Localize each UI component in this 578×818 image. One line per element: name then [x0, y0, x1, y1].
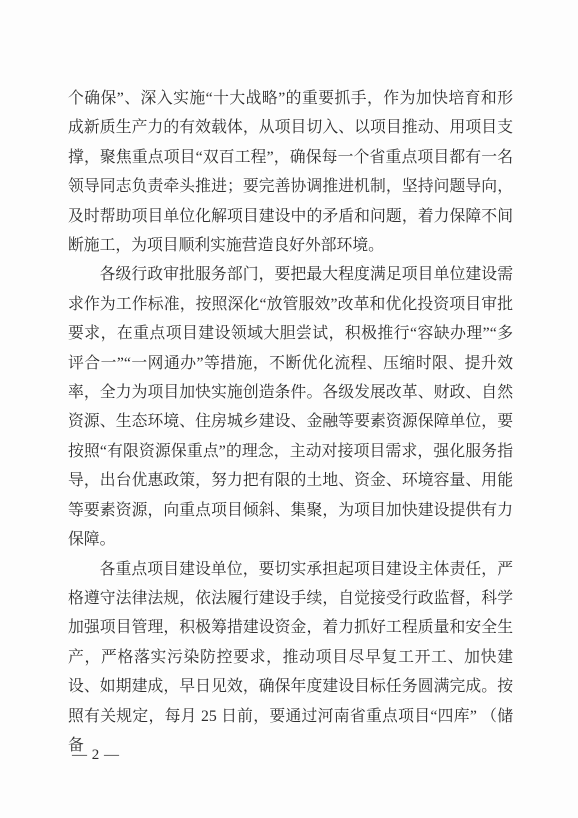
paragraph-construction-units: 各重点项目建设单位，要切实承担起项目建设主体责任，严格遵守法律法规，依法履行建设…	[68, 555, 513, 761]
document-page: 个确保”、深入实施“十大战略”的重要抓手，作为加快培育和形成新质生产力的有效载体…	[0, 0, 578, 818]
page-number: — 2 —	[72, 747, 120, 764]
paragraph-continued: 个确保”、深入实施“十大战略”的重要抓手，作为加快培育和形成新质生产力的有效载体…	[68, 84, 513, 260]
paragraph-approval-departments: 各级行政审批服务部门，要把最大程度满足项目单位建设需求作为工作标准，按照深化“放…	[68, 260, 513, 554]
document-body: 个确保”、深入实施“十大战略”的重要抓手，作为加快培育和形成新质生产力的有效载体…	[68, 84, 513, 760]
